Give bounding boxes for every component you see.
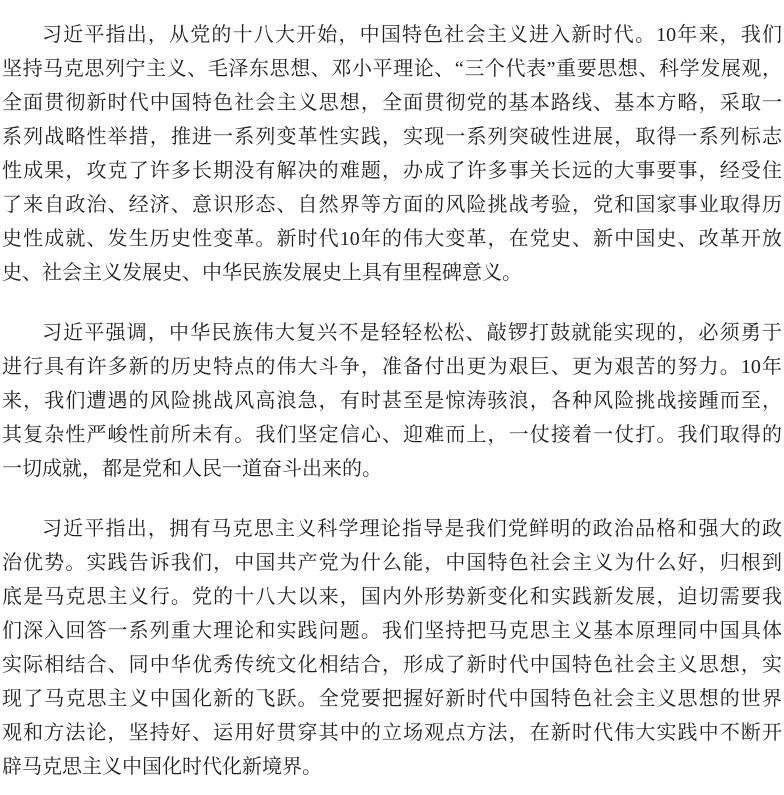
text-line: 系列战略性举措，推进一系列变革性实践，实现一系列突破性进展，取得一系列标志 <box>2 120 782 154</box>
text-line: 底是马克思主义行。党的十八大以来，国内外形势新变化和实践新发展，迫切需要我 <box>2 580 782 614</box>
text-line: 史、社会主义发展史、中华民族发展史上具有里程碑意义。 <box>2 256 782 290</box>
text-line: 进行具有许多新的历史特点的伟大斗争，准备付出更为艰巨、更为艰苦的努力。10年 <box>2 350 782 384</box>
text-line: 辟马克思主义中国化时代化新境界。 <box>2 750 782 784</box>
paragraph-2: 习近平强调，中华民族伟大复兴不是轻轻松松、敲锣打鼓就能实现的，必须勇于 进行具有… <box>2 316 782 486</box>
text-line: 其复杂性严峻性前所未有。我们坚定信心、迎难而上，一仗接着一仗打。我们取得的 <box>2 418 782 452</box>
text-line: 习近平指出，拥有马克思主义科学理论指导是我们党鲜明的政治品格和强大的政 <box>2 512 782 546</box>
text-line: 实际相结合、同中华优秀传统文化相结合，形成了新时代中国特色社会主义思想，实 <box>2 648 782 682</box>
text-line: 来，我们遭遇的风险挑战风高浪急，有时甚至是惊涛骇浪，各种风险挑战接踵而至， <box>2 384 782 418</box>
text-line: 了来自政治、经济、意识形态、自然界等方面的风险挑战考验，党和国家事业取得历 <box>2 188 782 222</box>
paragraph-3: 习近平指出，拥有马克思主义科学理论指导是我们党鲜明的政治品格和强大的政 治优势。… <box>2 512 782 784</box>
document-page: 习近平指出，从党的十八大开始，中国特色社会主义进入新时代。10年来，我们 坚持马… <box>0 0 784 784</box>
text-line: 性成果，攻克了许多长期没有解决的难题，办成了许多事关长远的大事要事，经受住 <box>2 154 782 188</box>
text-line: 一切成就，都是党和人民一道奋斗出来的。 <box>2 452 782 486</box>
paragraph-1: 习近平指出，从党的十八大开始，中国特色社会主义进入新时代。10年来，我们 坚持马… <box>2 18 782 290</box>
text-line: 习近平强调，中华民族伟大复兴不是轻轻松松、敲锣打鼓就能实现的，必须勇于 <box>2 316 782 350</box>
text-line: 现了马克思主义中国化新的飞跃。全党要把握好新时代中国特色社会主义思想的世界 <box>2 682 782 716</box>
text-line: 们深入回答一系列重大理论和实践问题。我们坚持把马克思主义基本原理同中国具体 <box>2 614 782 648</box>
text-line: 治优势。实践告诉我们，中国共产党为什么能，中国特色社会主义为什么好，归根到 <box>2 546 782 580</box>
text-line: 观和方法论，坚持好、运用好贯穿其中的立场观点方法，在新时代伟大实践中不断开 <box>2 716 782 750</box>
text-line: 史性成就、发生历史性变革。新时代10年的伟大变革，在党史、新中国史、改革开放 <box>2 222 782 256</box>
text-line: 坚持马克思列宁主义、毛泽东思想、邓小平理论、“三个代表”重要思想、科学发展观， <box>2 52 782 86</box>
text-line: 全面贯彻新时代中国特色社会主义思想，全面贯彻党的基本路线、基本方略，采取一 <box>2 86 782 120</box>
text-line: 习近平指出，从党的十八大开始，中国特色社会主义进入新时代。10年来，我们 <box>2 18 782 52</box>
